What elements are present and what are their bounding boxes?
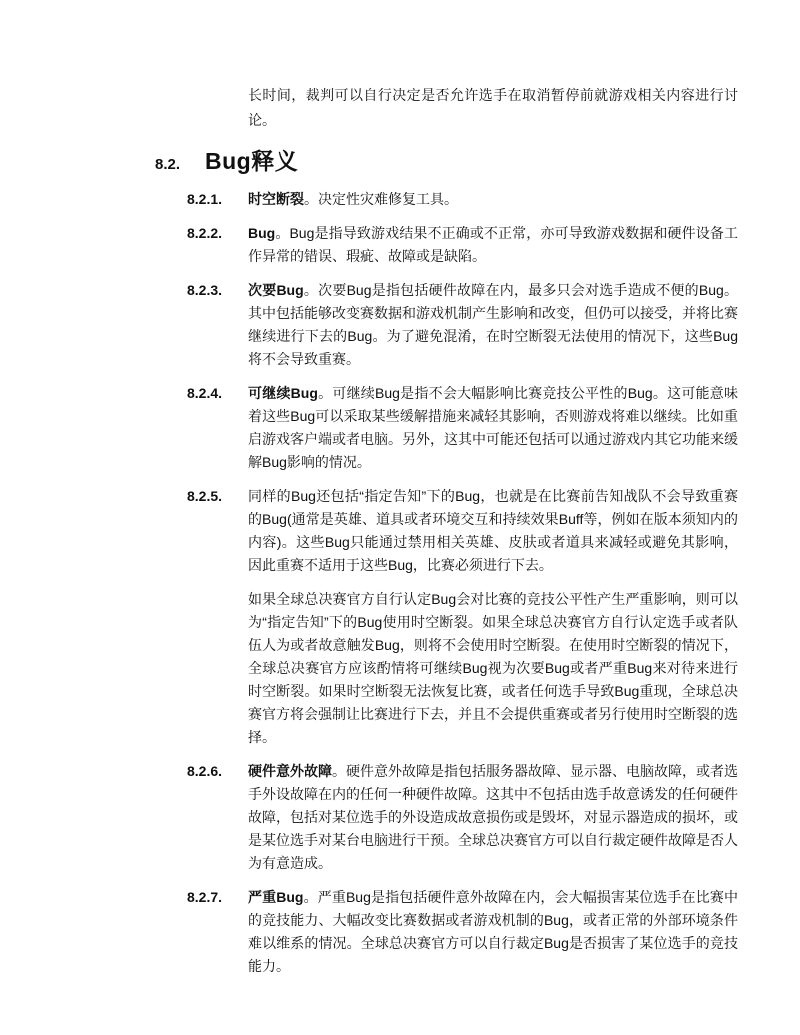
clause-text: 硬件意外故障。硬件意外故障是指包括服务器故障、显示器、电脑故障，或者选手外设故障… xyxy=(248,760,738,875)
section-number: 8.2. xyxy=(155,156,205,173)
clause-8-2-7: 8.2.7. 严重Bug。严重Bug是指包括硬件意外故障在内，会大幅损害某位选手… xyxy=(187,886,738,978)
clause-body-text: 。次要Bug是指包括硬件故障在内，最多只会对选手造成不便的Bug。其中包括能够改… xyxy=(248,282,738,367)
clause-text: Bug。Bug是指导致游戏结果不正确或不正常，亦可导致游戏数据和硬件设备工作异常… xyxy=(248,222,738,268)
clause-8-2-2: 8.2.2. Bug。Bug是指导致游戏结果不正确或不正常，亦可导致游戏数据和硬… xyxy=(187,222,738,268)
clause-number: 8.2.5. xyxy=(187,485,248,577)
defined-term: 可继续Bug xyxy=(248,385,318,401)
defined-term: Bug xyxy=(248,225,275,241)
clause-8-2-4: 8.2.4. 可继续Bug。可继续Bug是指不会大幅影响比赛竞技公平性的Bug。… xyxy=(187,382,738,474)
clause-8-2-5: 8.2.5. 同样的Bug还包括“指定告知”下的Bug，也就是在比赛前告知战队不… xyxy=(187,485,738,577)
clause-list: 8.2.1. 时空断裂。决定性灾难修复工具。 8.2.2. Bug。Bug是指导… xyxy=(187,188,738,989)
clause-text: 可继续Bug。可继续Bug是指不会大幅影响比赛竞技公平性的Bug。这可能意味着这… xyxy=(248,382,738,474)
clause-number: 8.2.1. xyxy=(187,188,248,211)
clause-body-text: 。硬件意外故障是指包括服务器故障、显示器、电脑故障，或者选手外设故障在内的任何一… xyxy=(248,763,738,871)
clause-body-text: 。Bug是指导致游戏结果不正确或不正常，亦可导致游戏数据和硬件设备工作异常的错误… xyxy=(248,225,738,264)
clause-text: 同样的Bug还包括“指定告知”下的Bug，也就是在比赛前告知战队不会导致重赛的B… xyxy=(248,485,738,577)
clause-number: 8.2.6. xyxy=(187,760,248,875)
clause-8-2-1: 8.2.1. 时空断裂。决定性灾难修复工具。 xyxy=(187,188,738,211)
clause-8-2-3: 8.2.3. 次要Bug。次要Bug是指包括硬件故障在内，最多只会对选手造成不便… xyxy=(187,279,738,371)
clause-text: 严重Bug。严重Bug是指包括硬件意外故障在内，会大幅损害某位选手在比赛中的竞技… xyxy=(248,886,738,978)
clause-number: 8.2.3. xyxy=(187,279,248,371)
document-page: 长时间，裁判可以自行决定是否允许选手在取消暂停前就游戏相关内容进行讨论。 8.2… xyxy=(0,0,800,1035)
clause-text: 时空断裂。决定性灾难修复工具。 xyxy=(248,188,738,211)
clause-number: 8.2.7. xyxy=(187,886,248,978)
section-heading: 8.2. Bug释义 xyxy=(155,143,298,176)
clause-body-text: 。严重Bug是指包括硬件意外故障在内，会大幅损害某位选手在比赛中的竞技能力、大幅… xyxy=(248,889,738,974)
defined-term: 严重Bug xyxy=(248,889,303,905)
clause-body-text: 。可继续Bug是指不会大幅影响比赛竞技公平性的Bug。这可能意味着这些Bug可以… xyxy=(248,385,738,470)
defined-term: 次要Bug xyxy=(248,282,304,298)
clause-8-2-5-continuation: 如果全球总决赛官方自行认定Bug会对比赛的竞技公平性产生严重影响，则可以为“指定… xyxy=(248,588,738,749)
intro-continuation-paragraph: 长时间，裁判可以自行决定是否允许选手在取消暂停前就游戏相关内容进行讨论。 xyxy=(248,83,738,133)
section-title: Bug释义 xyxy=(205,143,298,176)
defined-term: 硬件意外故障 xyxy=(248,763,332,779)
clause-8-2-6: 8.2.6. 硬件意外故障。硬件意外故障是指包括服务器故障、显示器、电脑故障，或… xyxy=(187,760,738,875)
clause-body-text: 。决定性灾难修复工具。 xyxy=(304,191,458,207)
clause-text: 次要Bug。次要Bug是指包括硬件故障在内，最多只会对选手造成不便的Bug。其中… xyxy=(248,279,738,371)
clause-number: 8.2.2. xyxy=(187,222,248,268)
defined-term: 时空断裂 xyxy=(248,191,304,207)
clause-body-text: 同样的Bug还包括“指定告知”下的Bug，也就是在比赛前告知战队不会导致重赛的B… xyxy=(248,488,738,573)
clause-number: 8.2.4. xyxy=(187,382,248,474)
